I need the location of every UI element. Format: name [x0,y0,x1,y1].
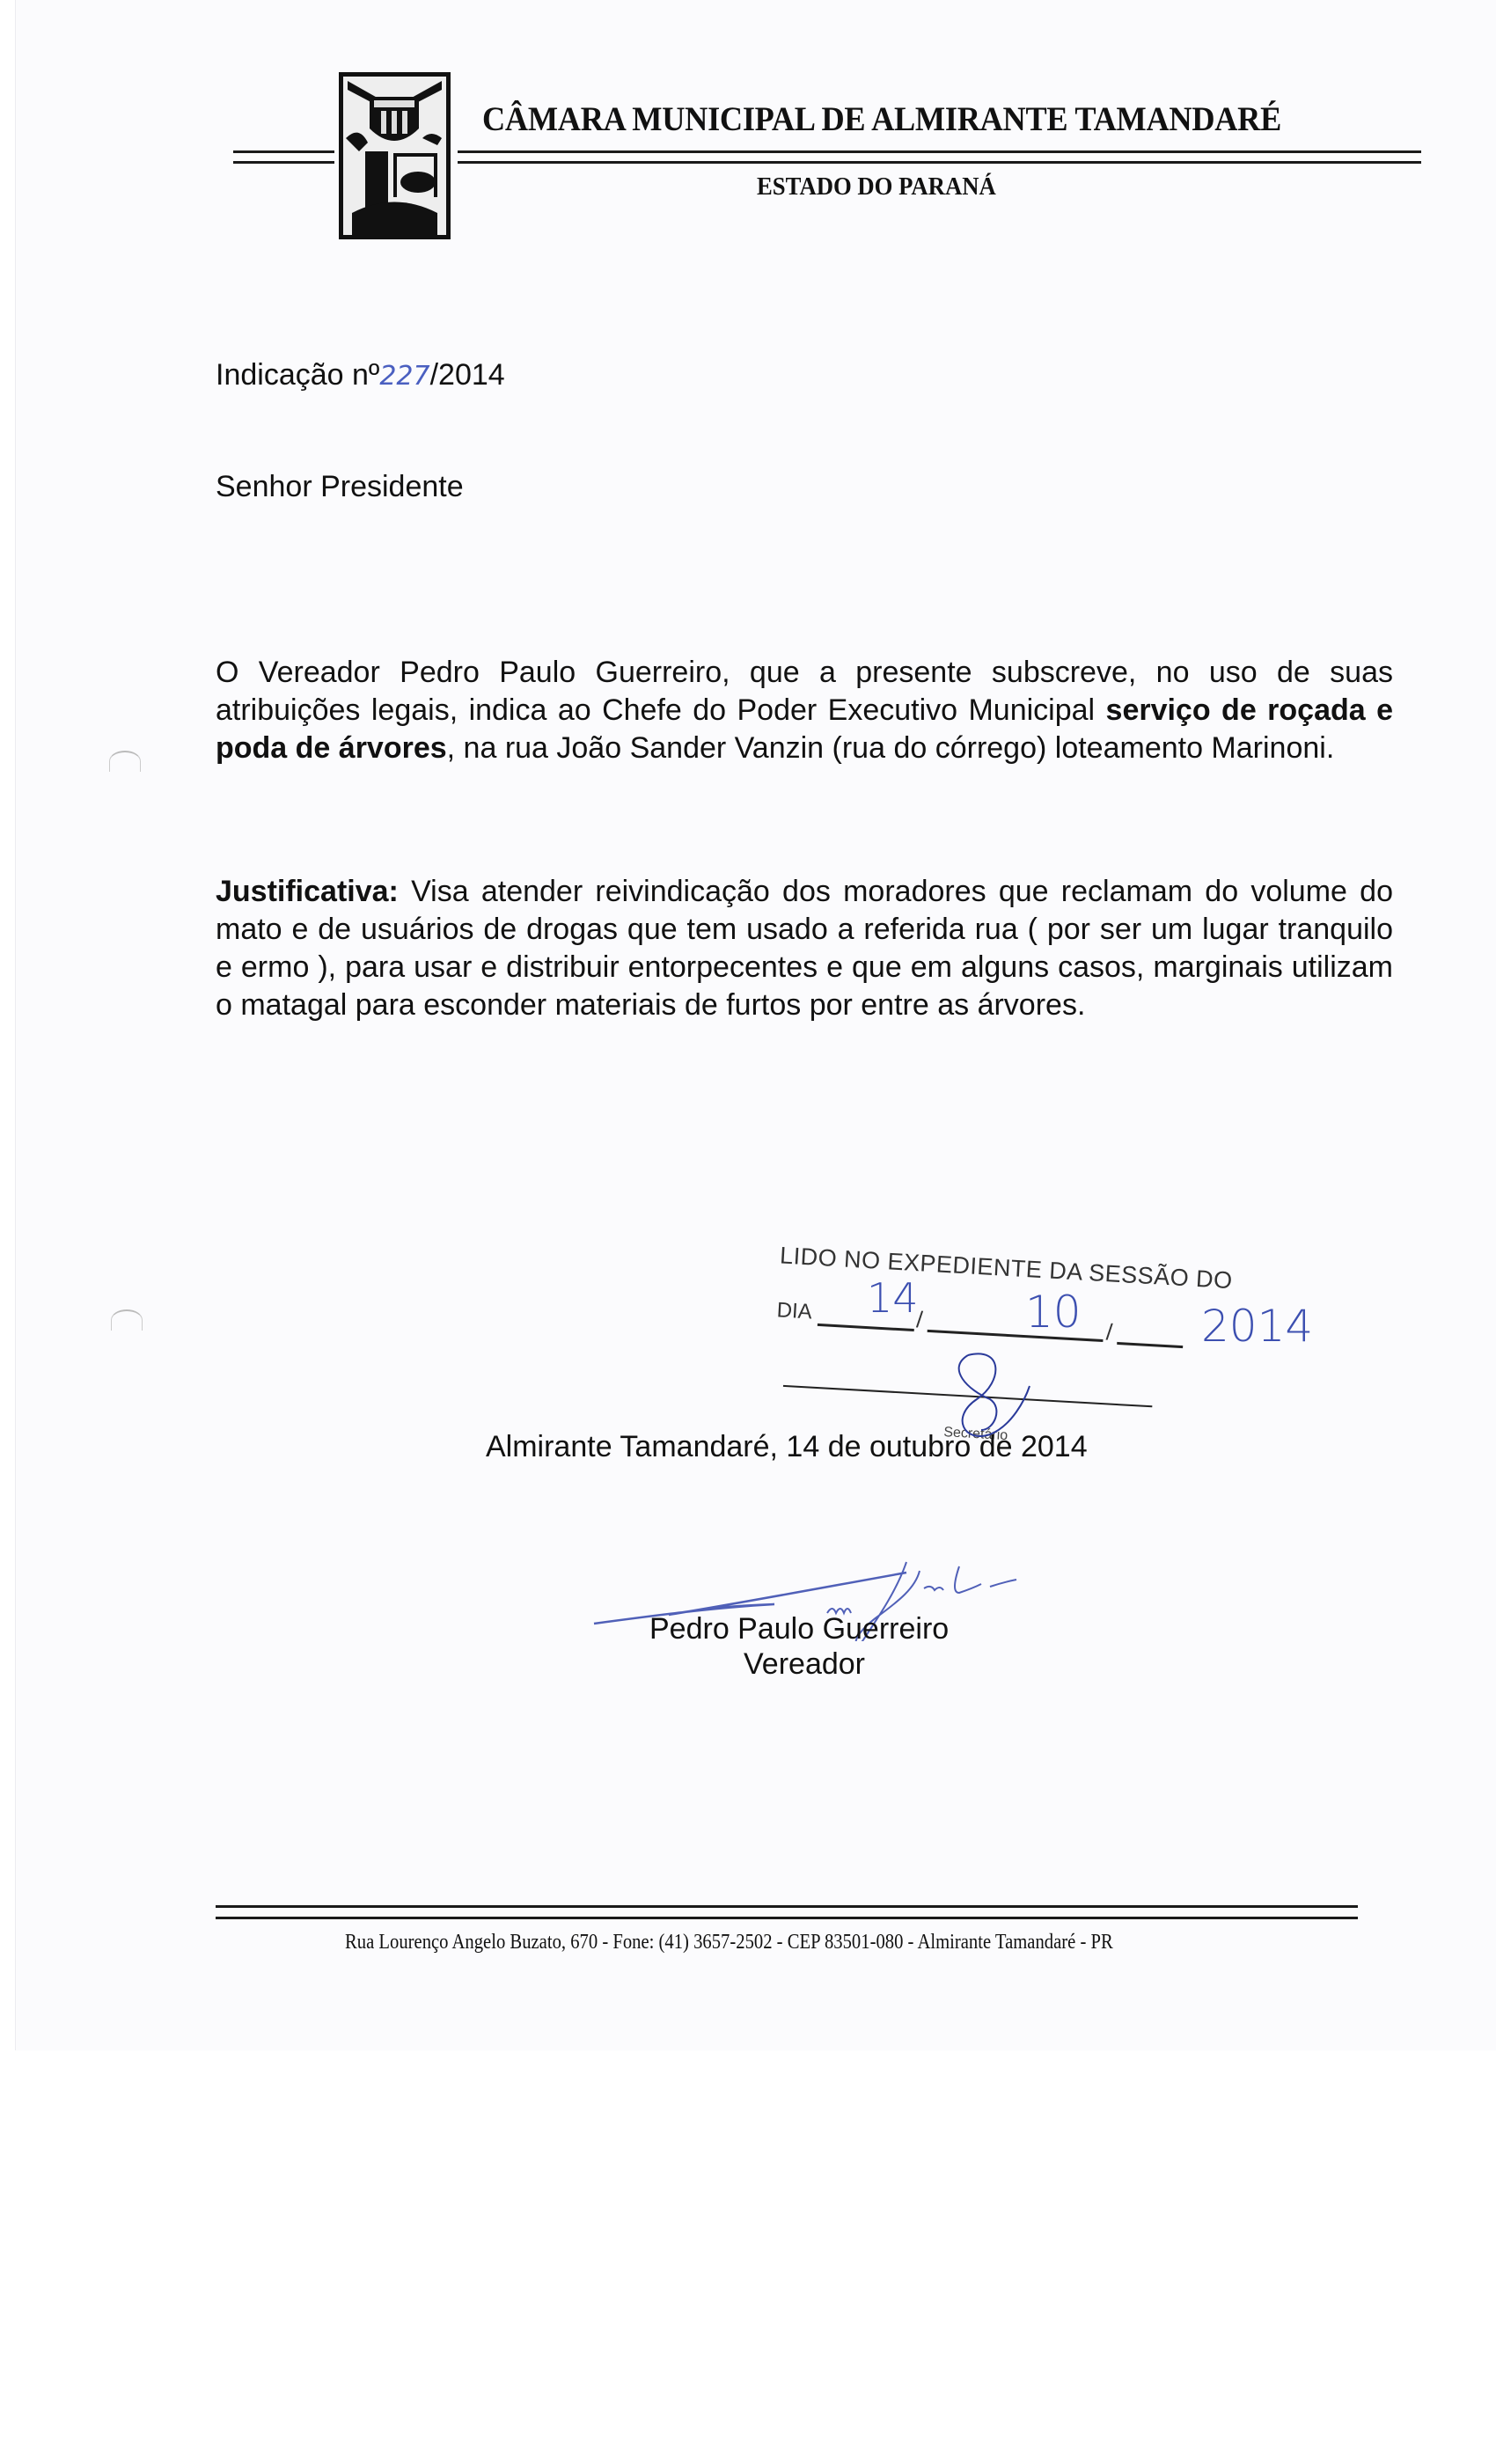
stamp-year-line [1117,1342,1183,1348]
header-rule-right-bottom [458,161,1421,164]
body-text-part2: , na rua João Sander Vanzin (rua do córr… [447,731,1335,765]
place-and-date: Almirante Tamandaré, 14 de outubro de 20… [486,1428,1088,1466]
header-rule-left-top [233,150,334,153]
stamp-slash: / [1105,1318,1113,1346]
justification-paragraph: Justificativa: Visa atender reivindicaçã… [216,873,1393,1024]
footer-rule-top [216,1905,1358,1908]
justification-label: Justificativa: [216,875,399,908]
stamp-title: LIDO NO EXPEDIENTE DA SESSÃO DO [779,1242,1233,1294]
handwritten-month: 10 [1025,1287,1082,1338]
header-rule-right-top [458,150,1421,153]
signer-name: Pedro Paulo Guerreiro [649,1610,949,1648]
institution-name: CÂMARA MUNICIPAL DE ALMIRANTE TAMANDARÉ [482,99,1281,139]
scanned-page [15,0,1496,2050]
signer-role: Vereador [744,1646,865,1683]
body-paragraph: O Vereador Pedro Paulo Guerreiro, que a … [216,654,1393,767]
document-number-prefix: Indicação nº [216,358,379,392]
margin-mark [111,1309,143,1331]
document-number: Indicação nº227/2014 [216,356,505,395]
header-rule-left-bottom [233,161,334,164]
handwritten-year: 2014 [1201,1301,1313,1352]
handwritten-number: 227 [379,361,429,392]
margin-mark [109,751,141,772]
state-name: ESTADO DO PARANÁ [757,172,996,202]
coat-of-arms-logo-icon [339,72,451,239]
handwritten-day: 14 [867,1274,919,1322]
footer-address: Rua Lourenço Angelo Buzato, 670 - Fone: … [345,1931,1113,1954]
stamp-day-line [818,1324,914,1331]
salutation: Senhor Presidente [216,468,464,506]
stamp-day-label: DIA [776,1298,813,1324]
document-number-suffix: /2014 [430,358,505,392]
footer-rule-bottom [216,1917,1358,1919]
